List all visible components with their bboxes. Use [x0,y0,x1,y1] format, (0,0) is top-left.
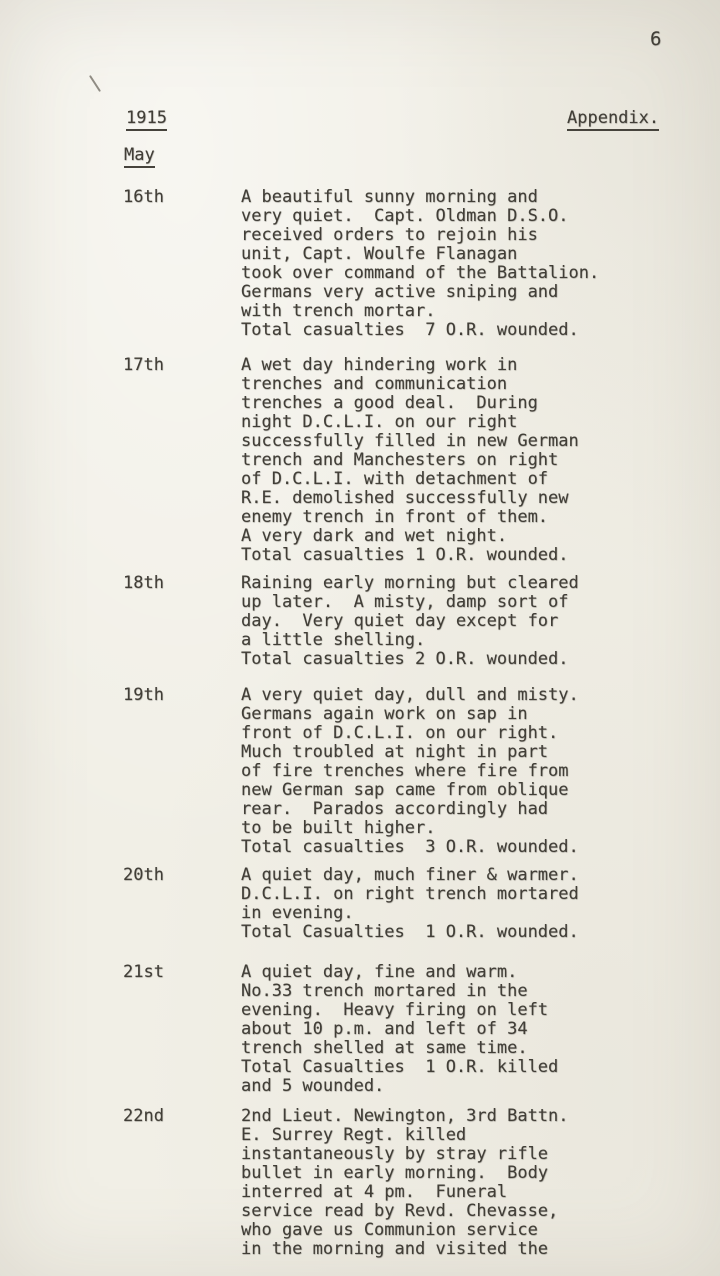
entry-date: 20th [123,866,241,885]
diary-entry-19th: 19th A very quiet day, dull and misty. G… [123,686,579,857]
year-heading-text: 1915 [126,109,167,131]
document-page: 6 1915 Appendix. May 16th A beautiful su… [0,0,720,1276]
entry-date: 16th [123,188,241,207]
diary-entry-22nd: 22nd 2nd Lieut. Newington, 3rd Battn. E.… [123,1107,569,1259]
entry-text: A very quiet day, dull and misty. German… [241,686,579,857]
pen-stroke-mark [89,75,101,92]
year-heading: 1915 [126,109,167,131]
appendix-heading-text: Appendix. [567,109,659,131]
diary-entry-21st: 21st A quiet day, fine and warm. No.33 t… [123,963,558,1096]
month-heading: May [124,146,155,168]
diary-entry-16th: 16th A beautiful sunny morning and very … [123,188,599,340]
diary-entry-17th: 17th A wet day hindering work in trenche… [123,356,579,565]
diary-entry-20th: 20th A quiet day, much finer & warmer. D… [123,866,579,942]
appendix-heading: Appendix. [567,109,659,131]
diary-entry-18th: 18th Raining early morning but cleared u… [123,574,579,669]
entry-date: 21st [123,963,241,982]
entry-date: 18th [123,574,241,593]
entry-text: A beautiful sunny morning and very quiet… [241,188,599,340]
entry-text: A quiet day, fine and warm. No.33 trench… [241,963,558,1096]
entry-date: 17th [123,356,241,375]
entry-date: 22nd [123,1107,241,1126]
month-heading-text: May [124,146,155,168]
entry-date: 19th [123,686,241,705]
entry-text: 2nd Lieut. Newington, 3rd Battn. E. Surr… [241,1107,569,1259]
entry-text: Raining early morning but cleared up lat… [241,574,579,669]
page-number: 6 [650,30,661,49]
entry-text: A quiet day, much finer & warmer. D.C.L.… [241,866,579,942]
entry-text: A wet day hindering work in trenches and… [241,356,579,565]
